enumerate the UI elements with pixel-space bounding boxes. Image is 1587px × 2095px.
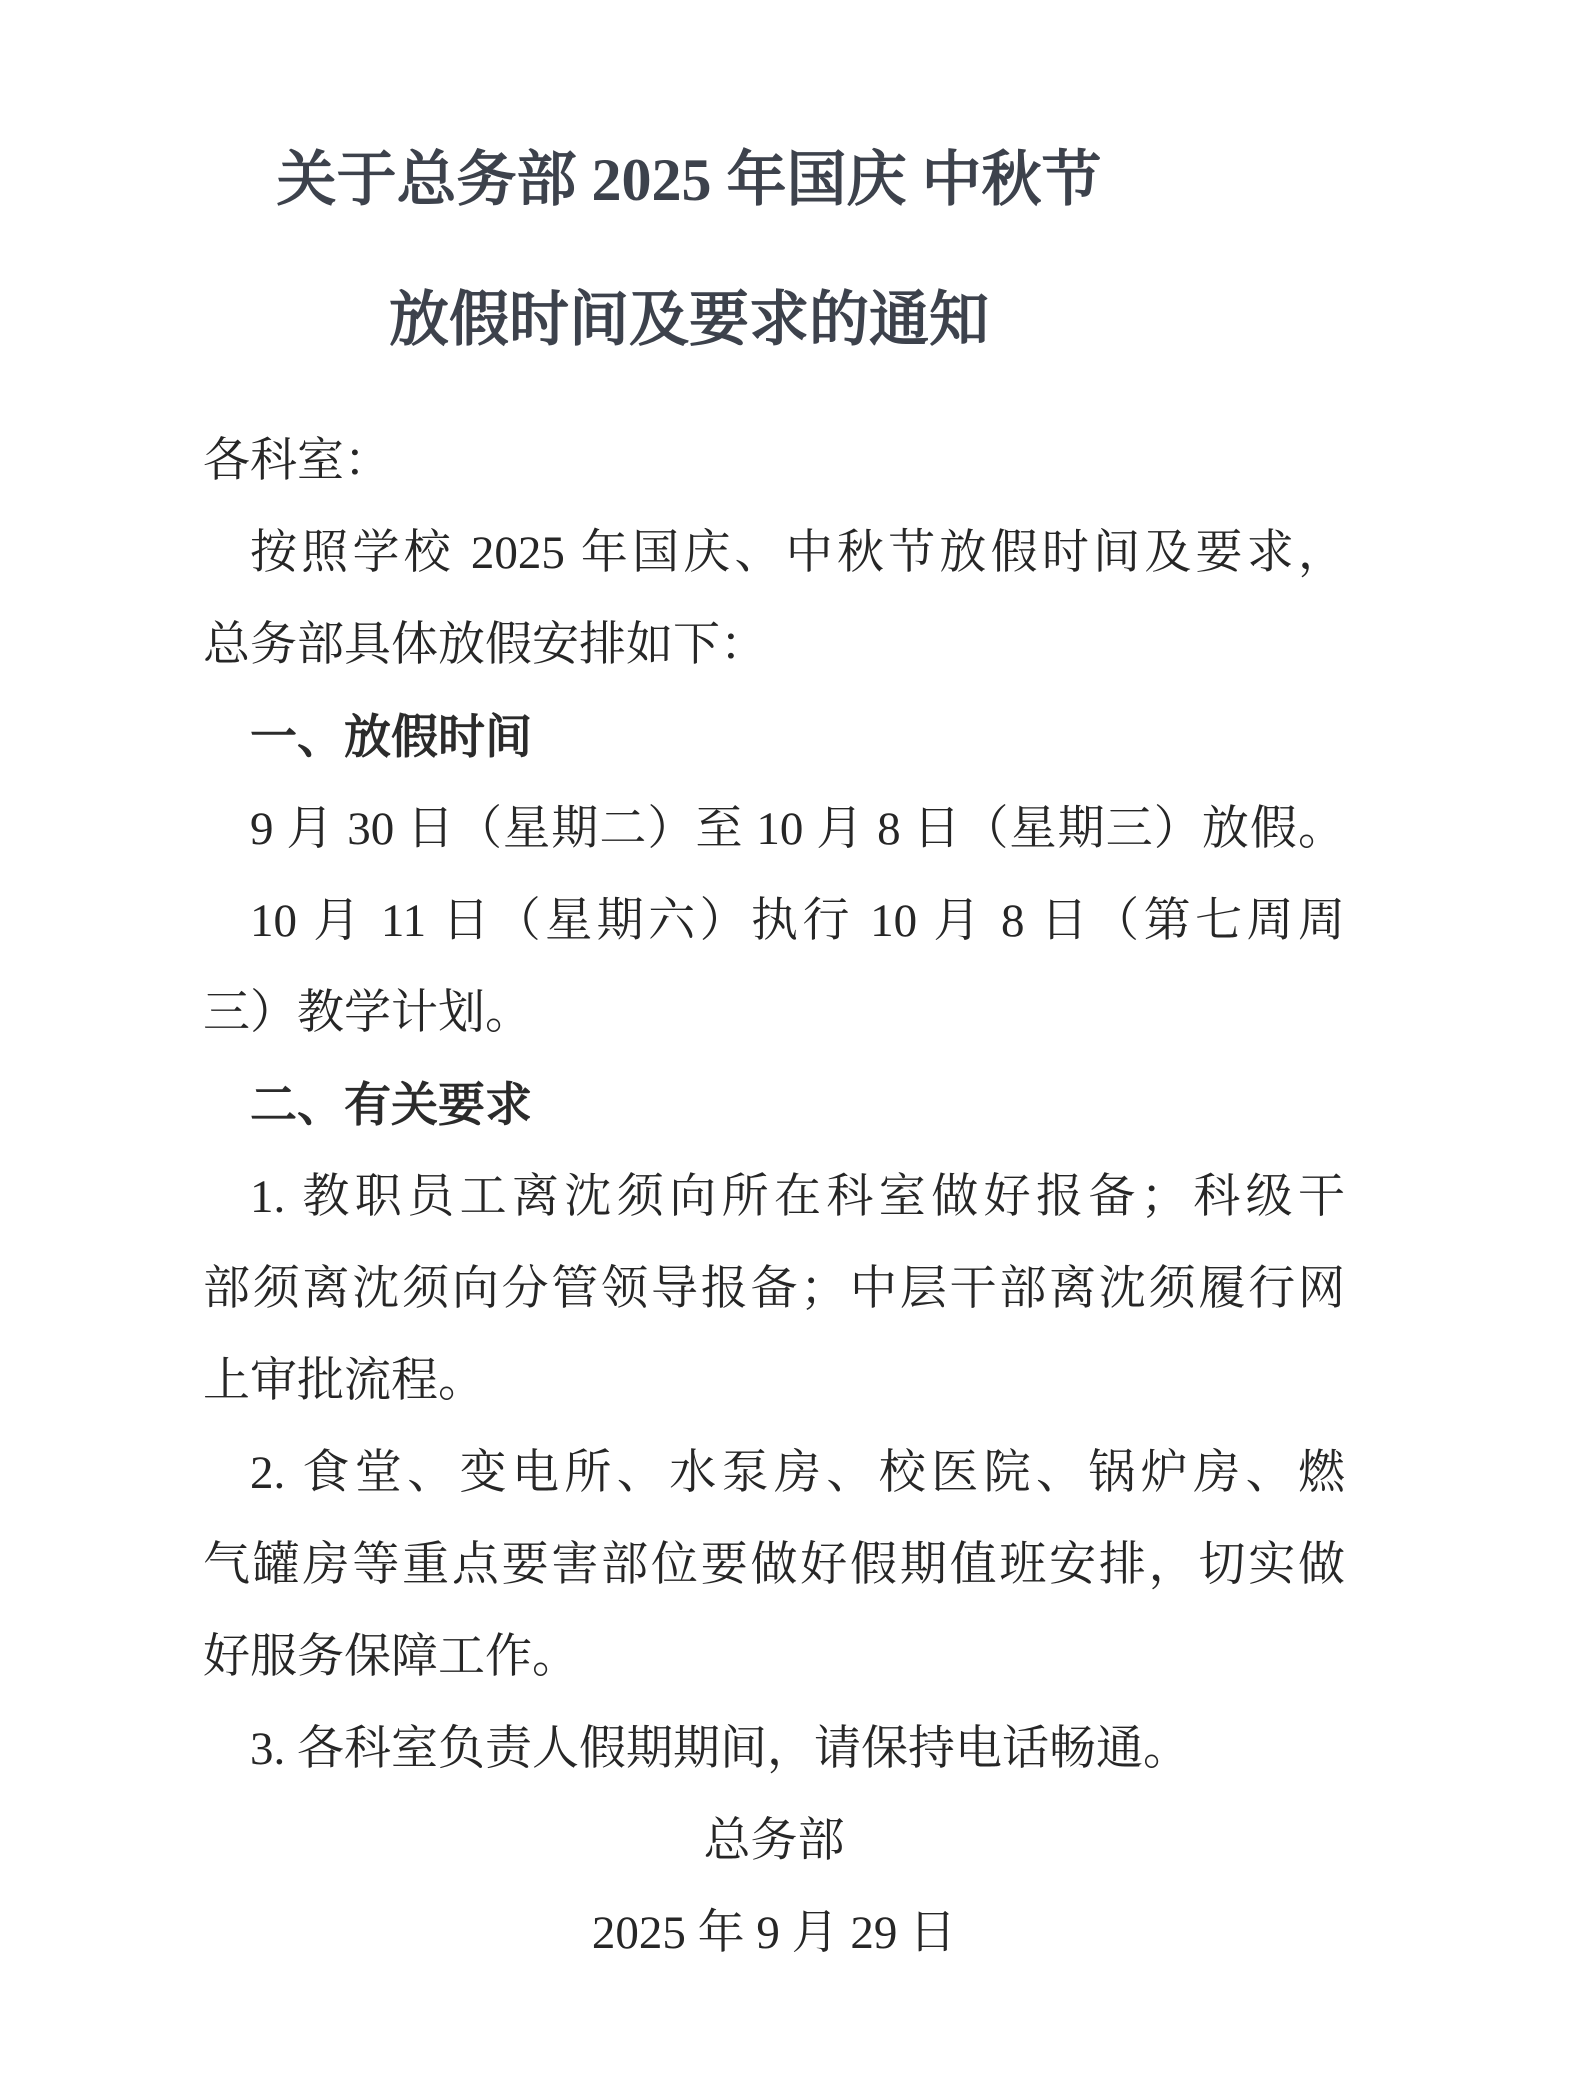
title-line-1: 关于总务部 2025 年国庆 中秋节 (118, 110, 1260, 250)
title-line-2: 放假时间及要求的通知 (118, 250, 1260, 390)
intro-line-2: 总务部具体放假安排如下： (203, 599, 1345, 691)
signature-department: 总务部 (203, 1795, 1345, 1887)
makeup-class-line-1: 10 月 11 日（星期六）执行 10 月 8 日（第七周周 (203, 875, 1345, 967)
signature-date: 2025 年 9 月 29 日 (203, 1887, 1345, 1979)
document-body: 各科室： 按照学校 2025 年国庆、中秋节放假时间及要求， 总务部具体放假安排… (203, 415, 1345, 1979)
holiday-dates-line: 9 月 30 日（星期二）至 10 月 8 日（星期三）放假。 (203, 783, 1345, 875)
section-1-heading: 一、放假时间 (203, 691, 1345, 783)
salutation: 各科室： (203, 415, 1345, 507)
item-3-line: 3. 各科室负责人假期期间，请保持电话畅通。 (203, 1703, 1345, 1795)
item-1-line-3: 上审批流程。 (203, 1335, 1345, 1427)
intro-line-1: 按照学校 2025 年国庆、中秋节放假时间及要求， (203, 507, 1345, 599)
makeup-class-line-2: 三）教学计划。 (203, 967, 1345, 1059)
item-1-line-1: 1. 教职员工离沈须向所在科室做好报备；科级干 (203, 1151, 1345, 1243)
document-title: 关于总务部 2025 年国庆 中秋节 放假时间及要求的通知 (118, 110, 1260, 390)
item-2-line-3: 好服务保障工作。 (203, 1611, 1345, 1703)
item-2-line-1: 2. 食堂、变电所、水泵房、校医院、锅炉房、燃 (203, 1427, 1345, 1519)
section-2-heading: 二、有关要求 (203, 1059, 1345, 1151)
item-1-line-2: 部须离沈须向分管领导报备；中层干部离沈须履行网 (203, 1243, 1345, 1335)
notice-document-page: 关于总务部 2025 年国庆 中秋节 放假时间及要求的通知 各科室： 按照学校 … (0, 0, 1587, 2095)
item-2-line-2: 气罐房等重点要害部位要做好假期值班安排，切实做 (203, 1519, 1345, 1611)
